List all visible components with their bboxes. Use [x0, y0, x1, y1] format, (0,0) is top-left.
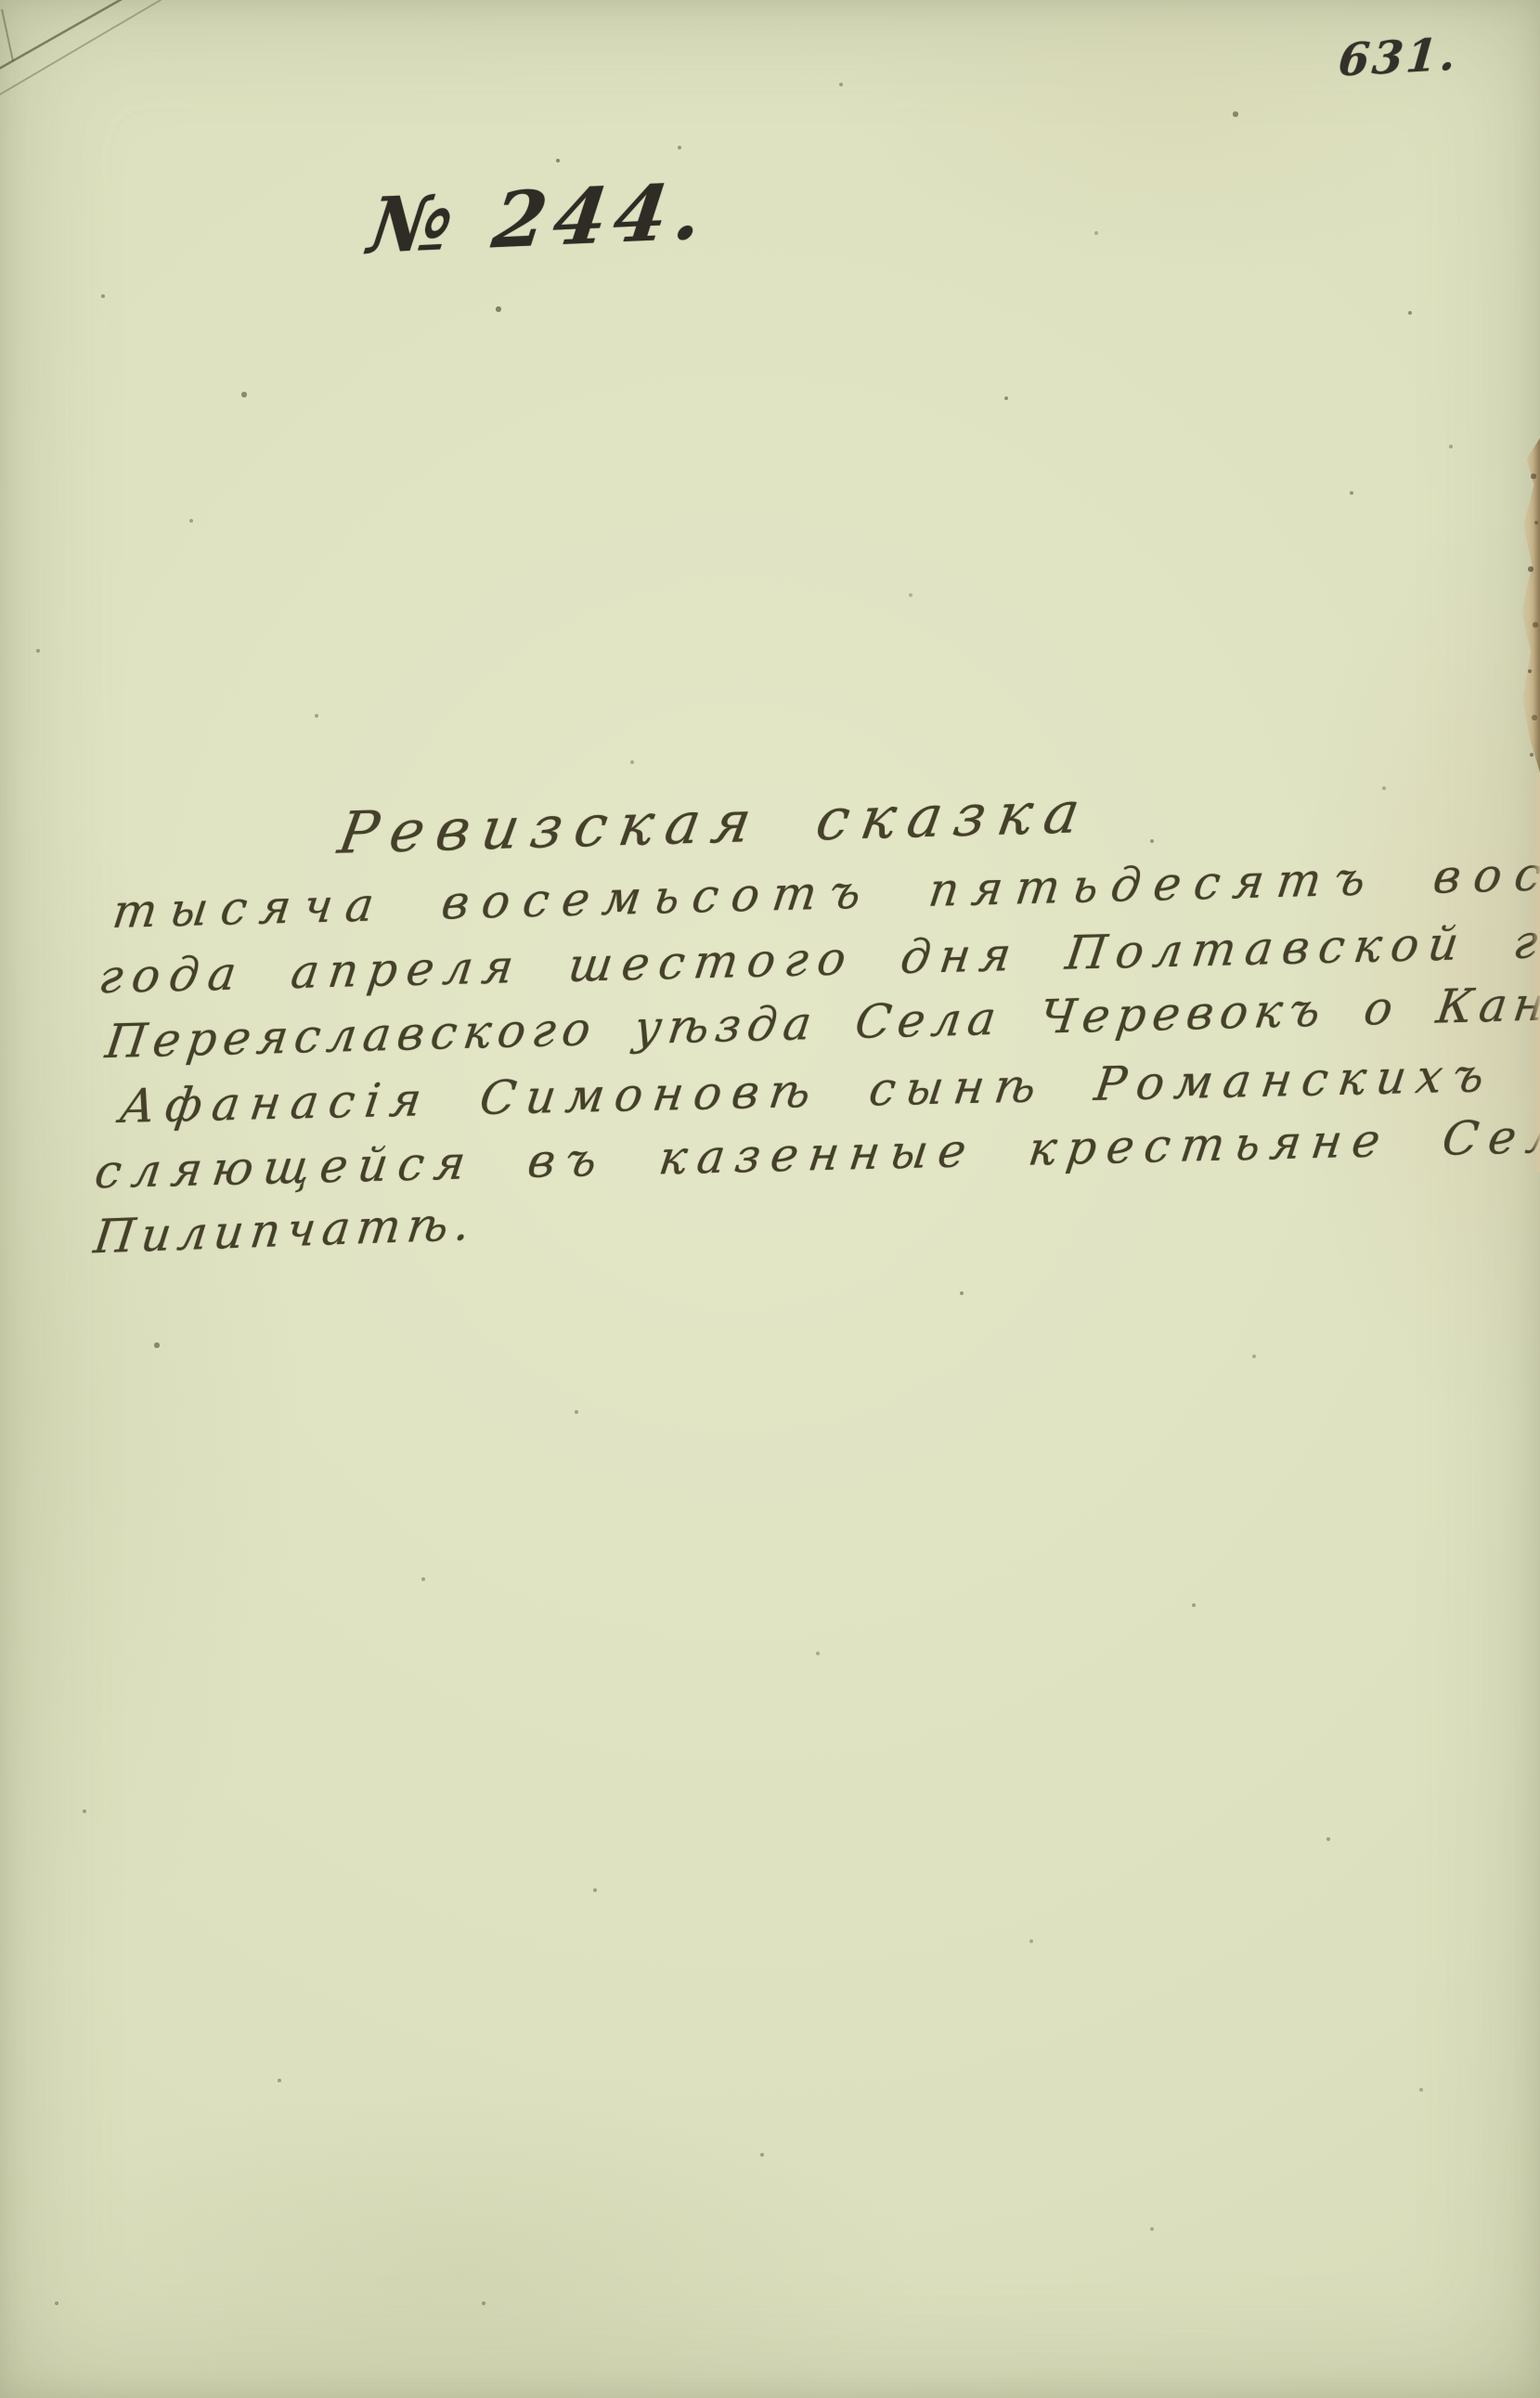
- fold-crease-marks: [0, 0, 241, 149]
- document-number: № 244.: [364, 167, 715, 272]
- handwritten-text-block: Ревизская сказка тысяча восемьсотъ пятьд…: [82, 779, 1520, 1276]
- document-page: 631. № 244. Ревизская сказка тысяча восе…: [0, 0, 1540, 2398]
- right-edge-tear: [1520, 438, 1540, 772]
- paper-specks: [0, 0, 2, 2]
- right-edge-wear: [1531, 772, 1540, 1172]
- folio-number: 631.: [1337, 28, 1461, 86]
